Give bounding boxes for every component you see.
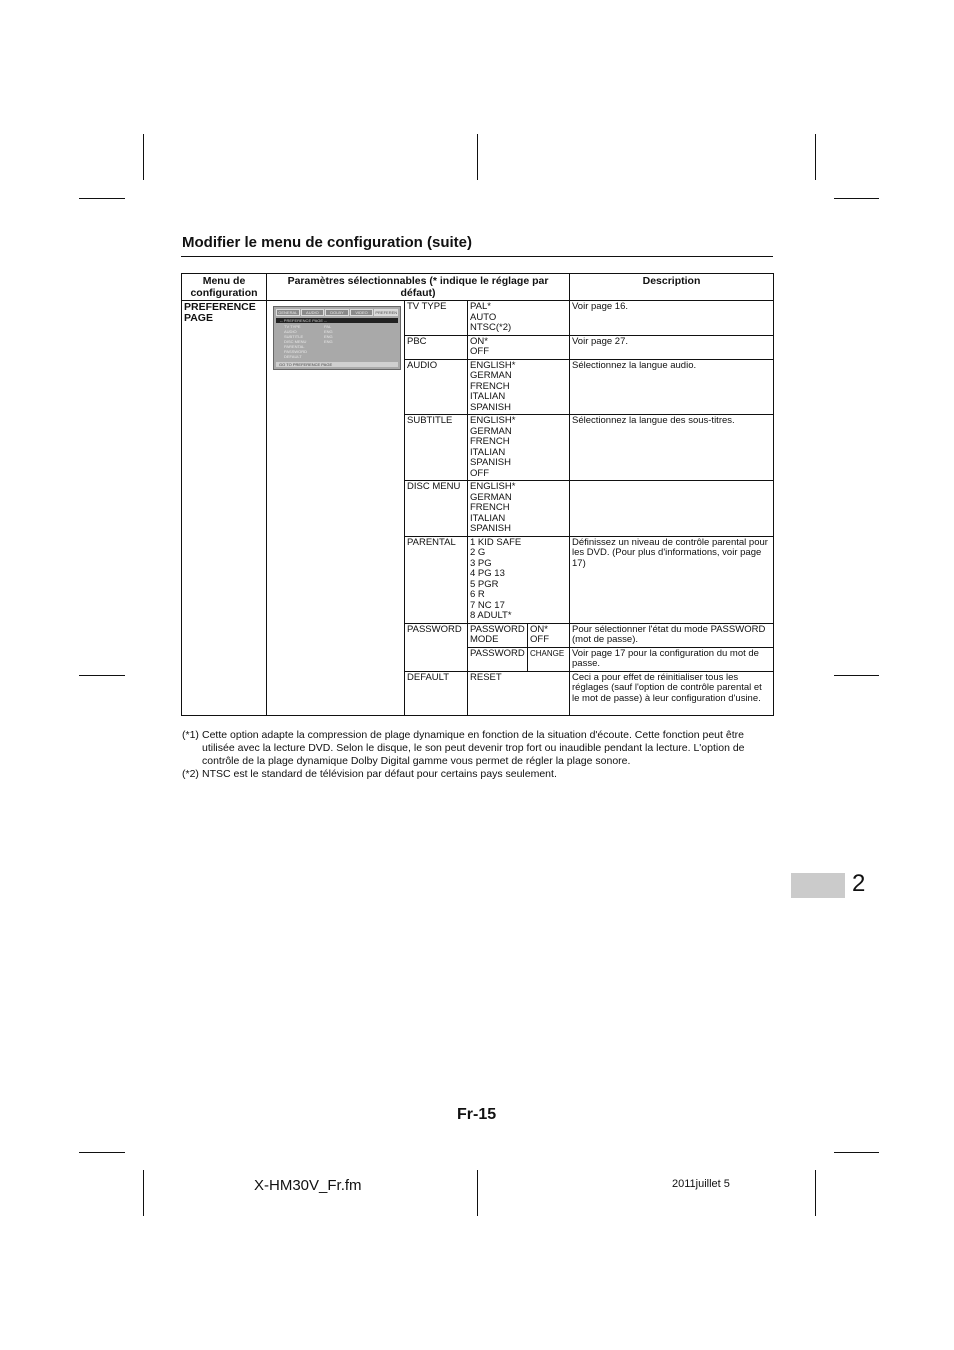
config-table: Menu de configuration Paramètres sélecti… — [181, 273, 774, 716]
crop-mark — [79, 198, 125, 199]
crop-mark — [815, 134, 816, 180]
option-value: ENGLISH* — [470, 416, 567, 427]
option-value: ENGLISH* — [470, 482, 567, 493]
crop-mark — [815, 1170, 816, 1216]
option-value: 4 PG 13 — [470, 569, 567, 580]
setting-description: Sélectionnez la langue audio. — [570, 359, 774, 415]
screen-tab: VIDEO — [350, 309, 374, 316]
option-value: CHANGE — [530, 649, 567, 660]
option-value: OFF — [530, 635, 567, 646]
section-title: Modifier le menu de configuration (suite… — [182, 234, 472, 251]
crop-mark — [477, 1170, 478, 1216]
screen-footer: GO TO PREFERENCE PAGE — [276, 362, 398, 367]
option-value: PAL* — [470, 302, 567, 313]
chapter-number: 2 — [852, 869, 865, 899]
footnote-mark: (*2) — [182, 768, 202, 781]
setting-name: AUDIO — [405, 359, 468, 415]
chapter-tab — [791, 873, 845, 898]
setting-description: Voir page 27. — [570, 335, 774, 359]
setting-name: TV TYPE — [405, 301, 468, 336]
setting-description: Sélectionnez la langue des sous-titres. — [570, 415, 774, 481]
setting-name: DEFAULT — [405, 671, 468, 715]
option-value: GERMAN — [470, 371, 567, 382]
screen-items: TV TYPEPALAUDIOENGSUBTITLEENGDISC MENUEN… — [274, 323, 400, 359]
option-value: 2 G — [470, 548, 567, 559]
crop-mark — [143, 1170, 144, 1216]
setting-options: PAL*AUTONTSC(*2) — [468, 301, 570, 336]
footnote-text: NTSC est le standard de télévision par d… — [202, 768, 557, 781]
crop-mark — [834, 1152, 879, 1153]
file-name: X-HM30V_Fr.fm — [254, 1177, 362, 1194]
footnote: (*1) Cette option adapte la compression … — [182, 729, 774, 768]
setting-name: DISC MENU — [405, 481, 468, 537]
header-description: Description — [570, 274, 774, 301]
footnote-mark: (*1) — [182, 729, 202, 768]
screen-tabs: GENERALAUDIODOLBYVIDEOPREFERENCE — [274, 307, 400, 316]
footnote-text: Cette option adapte la compression de pl… — [202, 729, 774, 768]
setting-description: Pour sélectionner l'état du mode PASSWOR… — [570, 623, 774, 647]
table-row: PREFERENCE PAGE GENERALAUDIODOLBYVIDEOPR… — [182, 301, 774, 336]
setting-description: Définissez un niveau de contrôle parenta… — [570, 536, 774, 623]
setting-options: RESET — [468, 671, 570, 715]
option-value: ITALIAN — [470, 392, 567, 403]
screen-cell: GENERALAUDIODOLBYVIDEOPREFERENCE -- PREF… — [267, 301, 405, 716]
option-value: OFF — [470, 469, 567, 480]
setting-description — [570, 481, 774, 537]
crop-mark — [79, 675, 125, 676]
screen-item: DEFAULT — [284, 354, 400, 359]
menu-screenshot: GENERALAUDIODOLBYVIDEOPREFERENCE -- PREF… — [273, 306, 401, 370]
footnotes: (*1) Cette option adapte la compression … — [182, 729, 774, 781]
option-value: 6 R — [470, 590, 567, 601]
setting-description: Voir page 16. — [570, 301, 774, 336]
option-value: SPANISH — [470, 403, 567, 414]
setting-name: SUBTITLE — [405, 415, 468, 481]
file-date: 2011juillet 5 — [672, 1178, 730, 1190]
option-value: NTSC(*2) — [470, 323, 567, 334]
setting-options: ON*OFF — [528, 623, 570, 647]
setting-options: 1 KID SAFE2 G3 PG4 PG 135 PGR6 R7 NC 178… — [468, 536, 570, 623]
setting-name: PBC — [405, 335, 468, 359]
crop-mark — [834, 198, 879, 199]
crop-mark — [143, 134, 144, 180]
option-value: FRENCH — [470, 503, 567, 514]
screen-tab: PREFERENCE — [374, 309, 398, 316]
option-value: 8 ADULT* — [470, 611, 567, 622]
crop-mark — [477, 134, 478, 180]
setting-options: ENGLISH*GERMANFRENCHITALIANSPANISH — [468, 481, 570, 537]
setting-name: PASSWORD — [405, 623, 468, 671]
option-value: OFF — [470, 347, 567, 358]
option-value: SPANISH — [470, 524, 567, 535]
title-rule — [181, 256, 773, 257]
setting-options: ON*OFF — [468, 335, 570, 359]
option-value: SPANISH — [470, 458, 567, 469]
header-params: Paramètres sélectionnables (* indique le… — [267, 274, 570, 301]
setting-options: CHANGE — [528, 647, 570, 671]
screen-tab: GENERAL — [276, 309, 300, 316]
screen-tab: AUDIO — [301, 309, 325, 316]
screen-tab: DOLBY — [325, 309, 349, 316]
sub-setting-name: PASSWORD MODE — [468, 623, 528, 647]
sub-setting-name: PASSWORD — [468, 647, 528, 671]
menu-name: PREFERENCE PAGE — [182, 301, 267, 716]
setting-name: PARENTAL — [405, 536, 468, 623]
table-header-row: Menu de configuration Paramètres sélecti… — [182, 274, 774, 301]
setting-description: Voir page 17 pour la configuration du mo… — [570, 647, 774, 671]
setting-options: ENGLISH*GERMANFRENCHITALIANSPANISH — [468, 359, 570, 415]
setting-options: ENGLISH*GERMANFRENCHITALIANSPANISHOFF — [468, 415, 570, 481]
crop-mark — [834, 675, 879, 676]
footnote: (*2) NTSC est le standard de télévision … — [182, 768, 774, 781]
crop-mark — [79, 1152, 125, 1153]
option-value: FRENCH — [470, 437, 567, 448]
page-number: Fr-15 — [457, 1106, 496, 1124]
setting-description: Ceci a pour effet de réinitialiser tous … — [570, 671, 774, 715]
header-menu: Menu de configuration — [182, 274, 267, 301]
